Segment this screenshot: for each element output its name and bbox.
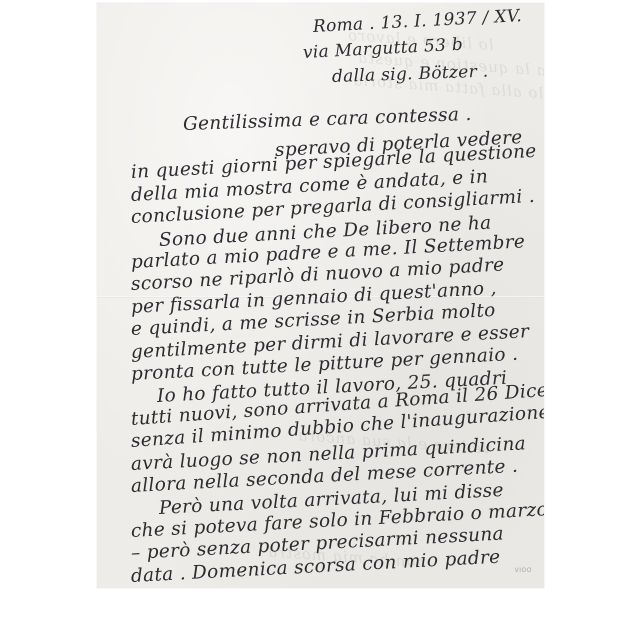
scan-background: lo libero e lavoro a la question e quest… — [0, 0, 640, 640]
corner-stamp: VIOO — [515, 567, 532, 574]
salutation: Gentilissima e cara contessa . — [183, 104, 472, 135]
letter-paper: lo libero e lavoro a la question e quest… — [97, 3, 544, 588]
